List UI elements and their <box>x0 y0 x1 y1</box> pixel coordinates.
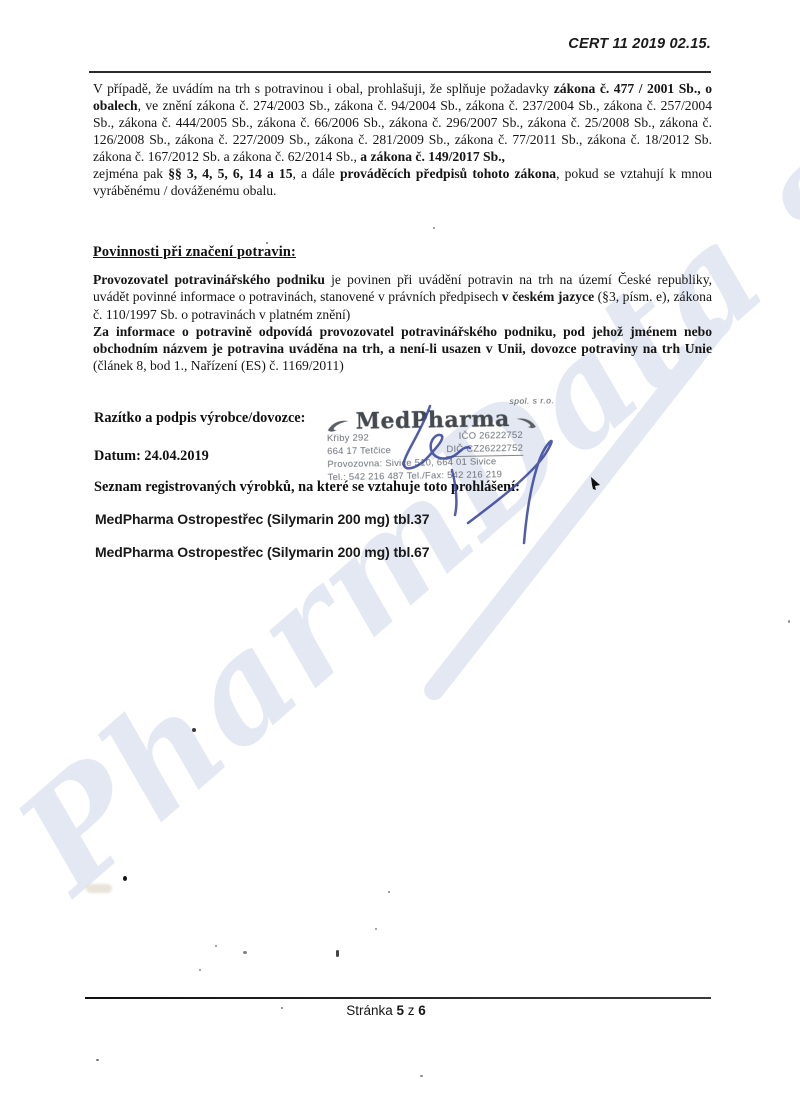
date-label: Datum: 24.04.2019 <box>94 448 209 465</box>
paragraph-responsibility: Za informace o potravině odpovídá provoz… <box>93 323 712 375</box>
stamp-city: 664 17 Tetčice <box>327 445 391 460</box>
ink-speck <box>266 242 268 244</box>
product-item: MedPharma Ostropestřec (Silymarin 200 mg… <box>95 544 429 560</box>
paragraph-packaging-part1: V případě, že uvádím na trh s potravinou… <box>93 80 712 165</box>
ink-speck <box>199 969 201 971</box>
page-number: Stránka 5 z 6 <box>0 1003 772 1018</box>
ink-speck <box>123 876 127 881</box>
stamp-signature-label: Razítko a podpis výrobce/dovozce: <box>94 410 305 427</box>
ink-speck <box>388 891 390 893</box>
signature <box>395 398 565 553</box>
scan-smudge <box>86 884 112 893</box>
ink-speck <box>788 620 790 623</box>
paragraph-packaging-declaration: V případě, že uvádím na trh s potravinou… <box>93 80 712 199</box>
scanned-document-page: CERT 11 2019 02.15. V případě, že uvádím… <box>0 0 800 1100</box>
product-item: MedPharma Ostropestřec (Silymarin 200 mg… <box>95 511 429 527</box>
document-code: CERT 11 2019 02.15. <box>568 36 711 52</box>
paragraph-packaging-part2: zejména pak §§ 3, 4, 5, 6, 14 a 15, a dá… <box>93 165 712 199</box>
leaf-icon <box>327 418 351 433</box>
ink-speck <box>243 951 247 954</box>
ink-mark <box>589 477 601 491</box>
paragraph-labeling-duties: Provozovatel potravinářského podniku je … <box>93 271 712 375</box>
ink-speck <box>433 227 435 229</box>
ink-speck <box>420 1075 423 1077</box>
ink-speck <box>96 1059 99 1061</box>
top-rule <box>89 71 711 73</box>
section-heading-labeling-duties: Povinnosti při značení potravin: <box>93 244 296 261</box>
bottom-rule <box>85 997 711 999</box>
ink-speck <box>192 728 196 732</box>
ink-speck <box>215 945 217 947</box>
ink-speck <box>375 928 377 930</box>
ink-speck <box>336 950 339 957</box>
paragraph-operator-duty: Provozovatel potravinářského podniku je … <box>93 271 712 323</box>
